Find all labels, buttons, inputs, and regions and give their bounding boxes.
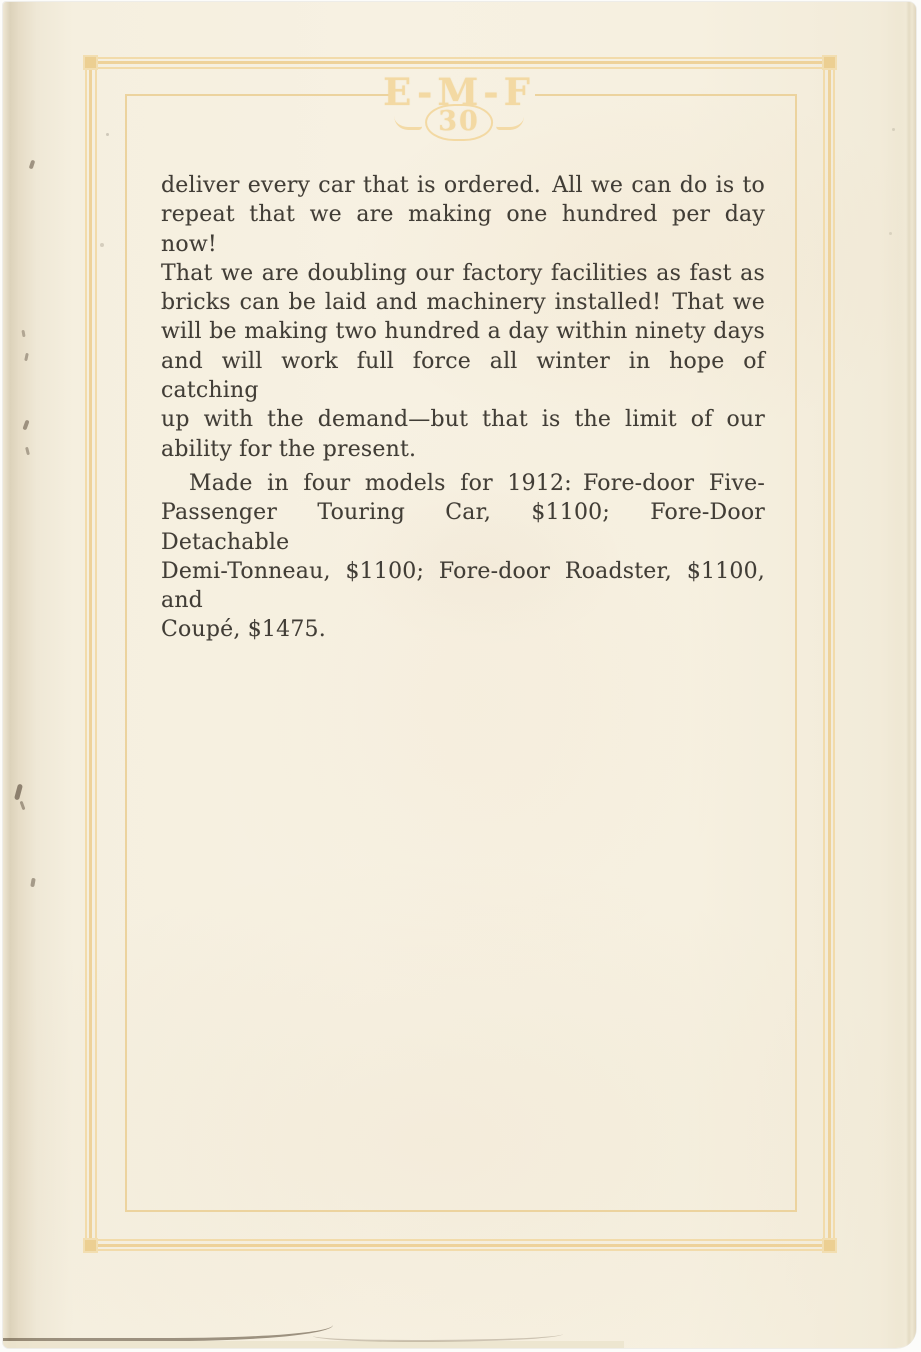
- paragraph-2: Made in four models for 1912: Fore-door …: [161, 469, 765, 645]
- text-line: deliver every car that is ordered. All w…: [161, 171, 765, 200]
- text-line: Coupé, $1475.: [161, 615, 765, 644]
- text-line: Made in four models for 1912: Fore-door …: [161, 469, 765, 498]
- page-stack-edges: [898, 2, 916, 1348]
- inner-frame-top-right-rule: [535, 94, 797, 96]
- paper-speck: [892, 128, 895, 131]
- ornament-scroll-right: [496, 116, 524, 130]
- page-under-edge: [3, 1341, 624, 1348]
- border-corner-square: [83, 55, 98, 70]
- text-line: That we are doubling our factory facilit…: [161, 259, 765, 288]
- paper-speck: [889, 232, 892, 235]
- paragraph-1: deliver every car that is ordered. All w…: [161, 171, 765, 464]
- binding-stitch-mark: [25, 447, 30, 455]
- binding-stitch-mark: [29, 160, 36, 170]
- page-text: deliver every car that is ordered. All w…: [161, 171, 765, 645]
- inner-frame-top-left-rule: [125, 94, 391, 96]
- binding-stitch-mark: [20, 801, 26, 810]
- emf-logo-model-number: 30: [425, 104, 493, 141]
- text-line: ability for the present.: [161, 435, 765, 464]
- border-corner-square: [822, 55, 837, 70]
- text-line: will be making two hundred a day within …: [161, 317, 765, 346]
- text-line: and will work full force all winter in h…: [161, 347, 765, 406]
- book-page: E-M-F 30 deliver every car that is order…: [3, 2, 916, 1348]
- border-corner-square: [822, 1238, 837, 1253]
- binding-stitch-mark: [30, 878, 36, 888]
- border-corner-square: [83, 1238, 98, 1253]
- page-curl-shadow: [3, 1320, 333, 1341]
- text-line: up with the demand—but that is the limit…: [161, 405, 765, 434]
- ornament-scroll-left: [394, 116, 422, 130]
- emf-logo: E-M-F 30: [383, 74, 535, 141]
- text-line: bricks can be laid and machinery install…: [161, 288, 765, 317]
- binding-stitch-mark: [21, 330, 25, 337]
- text-line: Demi-Tonneau, $1100; Fore-door Roadster,…: [161, 557, 765, 616]
- binding-stitch-mark: [24, 353, 29, 361]
- text-line: repeat that we are making one hundred pe…: [161, 200, 765, 259]
- binding-thread: [14, 784, 23, 801]
- text-line: Passenger Touring Car, $1100; Fore-Door …: [161, 498, 765, 557]
- binding-stitch-mark: [22, 420, 29, 431]
